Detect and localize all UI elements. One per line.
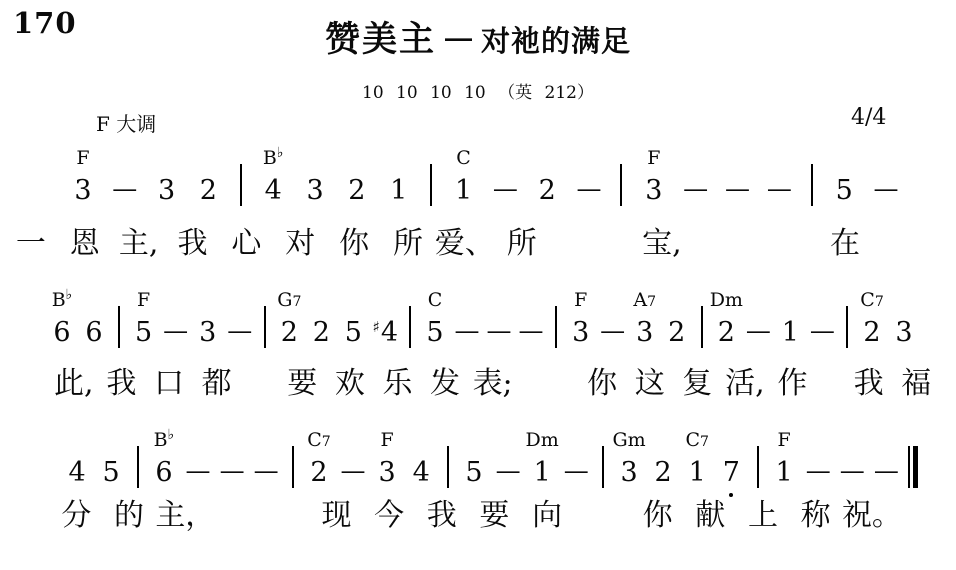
lyric-line-1: 一恩主,我心对你所爱、所宝,在 [4,226,872,262]
note: 5 [94,458,128,488]
chord-label: F [574,291,587,310]
lyric-syllable: 所 [495,226,549,262]
lyric-syllable: 献 [684,498,737,534]
time-signature: 4/4 [851,105,886,130]
note-number: 1 [390,176,407,206]
note: 3 [192,318,224,348]
duration-dash: — [491,454,525,488]
duration-dash-glyph: — [220,454,245,488]
note-number: 2 [539,176,556,206]
barline-lines [264,306,266,348]
duration-dash: — [806,314,838,348]
duration-dash-glyph: — [564,454,589,488]
lyric-syllable: 一 [4,226,58,262]
note-number: 3 [636,318,653,348]
note-number: 2 [310,458,327,488]
lyric-syllable: 表; [469,366,517,402]
note: A73 [629,318,661,348]
lyric-syllable: 我 [415,498,468,534]
note-number: 3 [895,318,912,348]
chord-label: Dm [526,431,559,450]
barline-lines [137,446,139,488]
duration-dash: — [104,172,146,206]
barline [229,164,252,206]
barline-lines [602,446,604,488]
lyric-line-3: 分的主，现今我要向你献上称祝。 [50,498,902,534]
lyric-line-2: 此,我口都要欢乐发表;你这复活,作我福 [50,366,940,402]
title-separator: — [445,23,472,53]
barline [438,446,457,488]
note-number: 3 [379,458,396,488]
music-line-1: F3—32B♭4321C1—2—F3———5— [62,138,907,206]
duration-dash: — [742,314,774,348]
barline [800,164,823,206]
note-number: 1 [689,458,706,488]
low-octave-dot [729,493,733,497]
sharp-icon: ♯ [373,318,380,336]
duration-dash-glyph: — [493,172,518,206]
note-number: ♯4 [373,318,398,348]
lyric-syllable: 要 [278,366,326,402]
final-barline [903,446,922,488]
lyric-syllable: 都 [193,366,241,402]
duration-dash-glyph: — [519,314,544,348]
note: ♯4 [369,318,401,348]
note: 2 [336,176,378,206]
duration-dash-glyph: — [227,314,252,348]
note: F3 [565,318,597,348]
barline-thin [264,306,266,348]
lyric-syllable: 分 [50,498,103,534]
barline [693,306,711,348]
note-number: 1 [776,458,793,488]
note: 4 [60,458,94,488]
lyric-syllable: 爱、 [435,226,495,262]
duration-dash: — [215,454,249,488]
barline-thin [555,306,557,348]
barline [420,164,443,206]
note: C72 [302,458,336,488]
duration-dash: — [484,172,526,206]
duration-dash: — [336,454,370,488]
lyric-syllable: 现 [310,498,363,534]
lyric-syllable: 要 [468,498,521,534]
note: B♭6 [147,458,181,488]
barline-lines [701,306,703,348]
barline-lines [447,446,449,488]
chord-label: B♭ [52,288,73,310]
note-number: 5 [103,458,120,488]
duration-dash-glyph: — [186,454,211,488]
barline-lines [846,306,848,348]
flat-icon: ♭ [168,427,175,443]
duration-dash-glyph: — [806,454,831,488]
note-number: 2 [718,318,735,348]
note: 4 [404,458,438,488]
note-number: 3 [158,176,175,206]
music-line-3: 45B♭6———C72—F345—Dm1—Gm32C717F1——— [60,420,922,488]
note: 2 [646,458,680,488]
lyric-syllable: 主, [112,226,166,262]
barline [547,306,565,348]
note-number: 1 [455,176,472,206]
chord-label: G7 [277,291,301,310]
note: 2 [526,176,568,206]
duration-dash-glyph: — [683,172,708,206]
note-number: 2 [348,176,365,206]
barline-thin [292,446,294,488]
lyric-syllable: 复 [673,366,721,402]
lyric-spacer [240,366,278,402]
barline-thin [846,306,848,348]
meter-info: 10 10 10 10 （英 212） [0,78,956,103]
title-main: 赞美主 [325,20,436,59]
note-number: 2 [863,318,880,348]
barline-lines [409,306,411,348]
note: 2 [305,318,337,348]
lyric-syllable: 乐 [374,366,422,402]
note: C5 [419,318,451,348]
lyric-syllable: 称 [789,498,842,534]
duration-dash: — [865,172,907,206]
barline [838,306,856,348]
note-number: 2 [313,318,330,348]
duration-dash-glyph: — [487,314,512,348]
barline-lines [908,446,918,488]
chord-label: B♭ [263,146,284,168]
duration-dash: — [249,454,283,488]
note: 6 [78,318,110,348]
lyric-syllable: 我 [98,366,146,402]
chord-label: B♭ [154,428,175,450]
duration-dash: — [675,172,717,206]
duration-dash: — [597,314,629,348]
barline [283,446,302,488]
lyric-syllable: 口 [145,366,193,402]
barline-thin [137,446,139,488]
chord-label: F [381,431,394,450]
note: C71 [680,458,714,488]
note: 7 [714,458,748,488]
duration-dash: — [515,314,547,348]
note-number: 2 [200,176,217,206]
barline-thin [240,164,242,206]
note: F5 [128,318,160,348]
lyric-syllable: 我 [166,226,220,262]
note-number: 5 [426,318,443,348]
note: C1 [443,176,485,206]
lyric-syllable: 你 [578,366,626,402]
note: G72 [273,318,305,348]
chord-label: Gm [612,431,645,450]
lyric-syllable: 对 [273,226,327,262]
lyric-syllable: 祝。 [842,498,902,534]
duration-dash-glyph: — [577,172,602,206]
lyric-syllable: 所 [381,226,435,262]
barline [110,306,128,348]
duration-dash-glyph: — [840,454,865,488]
lyric-syllable: 发 [421,366,469,402]
note: F3 [370,458,404,488]
duration-dash: — [835,454,869,488]
duration-dash-glyph: — [163,314,188,348]
note-number: 5 [836,176,853,206]
note: 3 [888,318,920,348]
barline-thin [602,446,604,488]
note: B♭4 [252,176,294,206]
note: B♭6 [46,318,78,348]
barline-lines [757,446,759,488]
duration-dash-glyph: — [725,172,750,206]
duration-dash: — [568,172,610,206]
note-number: 4 [413,458,430,488]
lyric-syllable: 心 [219,226,273,262]
lyric-syllable: 主， [155,498,215,534]
barline-thin [908,446,910,488]
barline [256,306,274,348]
flat-icon: ♭ [66,287,73,303]
music-line-2: B♭66F5—3—G7225♯4C5———F3—A732Dm2—1—C723 [46,280,920,348]
chord-number: 7 [700,434,709,450]
duration-dash: — [160,314,192,348]
duration-dash: — [483,314,515,348]
barline-lines [811,164,813,206]
chord-label: C7 [307,431,330,450]
note-number: 6 [53,318,70,348]
barline-thin [757,446,759,488]
note-number: 2 [668,318,685,348]
note: 5 [823,176,865,206]
lyric-spacer [516,366,578,402]
lyric-syllable: 欢 [326,366,374,402]
chord-number: 7 [875,294,884,310]
barline [593,446,612,488]
barline [401,306,419,348]
chord-number: 7 [647,294,656,310]
lyric-syllable: 我 [845,366,893,402]
lyric-syllable: 在 [818,226,872,262]
lyric-syllable: 作 [769,366,817,402]
note-number: 5 [345,318,362,348]
key-label: F 大调 [96,108,156,137]
note-number: 3 [572,318,589,348]
barline [748,446,767,488]
note-number: 5 [135,318,152,348]
note-number: 4 [68,458,85,488]
note-number: 7 [723,458,740,488]
duration-dash: — [559,454,593,488]
note: C72 [856,318,888,348]
duration-dash: — [181,454,215,488]
lyric-syllable: 这 [626,366,674,402]
note: F3 [633,176,675,206]
barline-lines [430,164,432,206]
duration-dash: — [717,172,759,206]
lyric-syllable: 今 [363,498,416,534]
barline-thick [913,446,918,488]
barline-thin [447,446,449,488]
duration-dash: — [869,454,903,488]
duration-dash: — [801,454,835,488]
barline-thin [409,306,411,348]
duration-dash-glyph: — [746,314,771,348]
lyric-syllable: 活, [721,366,769,402]
chord-number: 7 [322,434,331,450]
note-number: 3 [645,176,662,206]
barline-thin [118,306,120,348]
chord-label: C [456,149,471,168]
lyric-syllable: 的 [103,498,156,534]
note: 2 [187,176,229,206]
lyric-syllable: 福 [892,366,940,402]
page-title: 赞美主—对祂的满足 [0,12,956,62]
duration-dash-glyph: — [600,314,625,348]
note-number: 2 [281,318,298,348]
note-number: 5 [465,458,482,488]
duration-dash-glyph: — [112,172,137,206]
duration-dash-glyph: — [874,454,899,488]
note-number: 4 [265,176,282,206]
chord-label: F [647,149,660,168]
chord-label: C [428,291,443,310]
note: Gm3 [612,458,646,488]
note: F3 [62,176,104,206]
lyric-syllable: 此, [50,366,98,402]
lyric-syllable: 向 [521,498,574,534]
duration-dash-glyph: — [810,314,835,348]
note: F1 [767,458,801,488]
lyric-syllable: 宝, [635,226,689,262]
duration-dash-glyph: — [496,454,521,488]
chord-label: C7 [685,431,708,450]
note-number: 6 [85,318,102,348]
lyric-syllable: 你 [631,498,684,534]
note-number: 6 [155,458,172,488]
note: 2 [661,318,693,348]
note: 3 [294,176,336,206]
chord-label: F [76,149,89,168]
note: 1 [378,176,420,206]
note: 5 [337,318,369,348]
note: 5 [457,458,491,488]
barline-thin [811,164,813,206]
note-number: 3 [306,176,323,206]
note: Dm2 [710,318,742,348]
chord-label: A7 [633,291,656,310]
lyric-spacer [215,498,310,534]
barline-lines [118,306,120,348]
note-number: 2 [655,458,672,488]
barline-lines [240,164,242,206]
note-number: 3 [199,318,216,348]
barline-lines [620,164,622,206]
chord-label: F [137,291,150,310]
note-number: 3 [620,458,637,488]
duration-dash-glyph: — [455,314,480,348]
chord-label: C7 [860,291,883,310]
barline-thin [620,164,622,206]
lyric-syllable: 你 [327,226,381,262]
lyric-syllable: 恩 [58,226,112,262]
lyric-syllable: 上 [737,498,790,534]
note: 1 [774,318,806,348]
duration-dash-glyph: — [254,454,279,488]
duration-dash-glyph: — [341,454,366,488]
lyric-spacer [689,226,818,262]
barline-lines [292,446,294,488]
chord-number: 7 [292,294,301,310]
title-subtitle: 对祂的满足 [481,26,631,58]
chord-label: F [778,431,791,450]
flat-icon: ♭ [277,145,284,161]
note-number: 1 [534,458,551,488]
duration-dash: — [758,172,800,206]
note-number: 3 [74,176,91,206]
duration-dash: — [451,314,483,348]
lyric-spacer [549,226,635,262]
duration-dash-glyph: — [873,172,898,206]
lyric-spacer [816,366,845,402]
note-number: 1 [782,318,799,348]
barline-thin [430,164,432,206]
lyric-spacer [573,498,631,534]
hymn-sheet: 170 赞美主—对祂的满足 10 10 10 10 （英 212） F 大调 4… [0,0,956,570]
barline [610,164,633,206]
duration-dash-glyph: — [767,172,792,206]
barline [128,446,147,488]
barline-thin [701,306,703,348]
duration-dash: — [224,314,256,348]
chord-label: Dm [710,291,743,310]
note: Dm1 [525,458,559,488]
note: 3 [146,176,188,206]
barline-lines [555,306,557,348]
